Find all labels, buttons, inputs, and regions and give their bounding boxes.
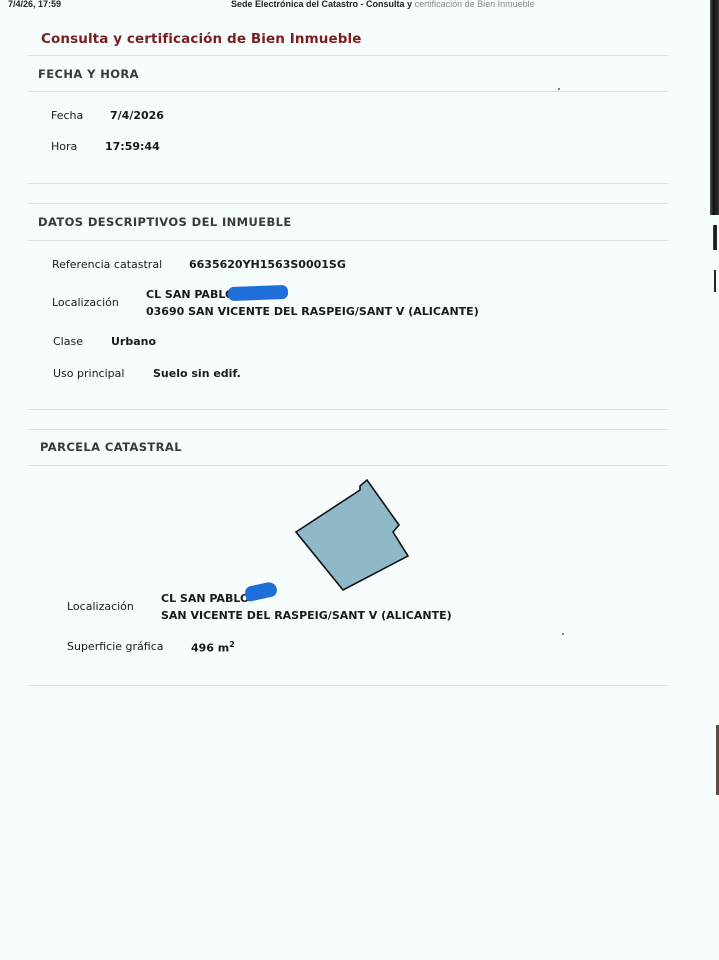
referencia-value: 6635620YH1563S0001SG [189,258,346,271]
superficie-number: 496 m [191,642,229,655]
redaction-mark [228,285,288,301]
scan-edge [713,225,717,250]
section-title-datos: DATOS DESCRIPTIVOS DEL INMUEBLE [38,215,292,229]
fecha-value: 7/4/2026 [110,109,164,122]
divider [28,240,668,241]
page-title: Consulta y certificación de Bien Inmuebl… [41,31,361,47]
divider [28,409,668,410]
divider [28,183,668,184]
clase-label: Clase [53,335,83,348]
redaction-mark [244,581,278,602]
divider [28,55,668,56]
print-page-title: Sede Electrónica del Catastro - Consulta… [231,0,535,9]
superficie-value: 496 m2 [191,640,235,655]
divider [28,465,668,466]
divider [28,203,668,204]
uso-label: Uso principal [53,367,124,380]
print-header: 7/4/26, 17:59 Sede Electrónica del Catas… [0,0,719,14]
parcela-localizacion-label: Localización [67,600,134,613]
hora-value: 17:59:44 [105,140,160,153]
scan-edge [710,0,719,215]
scan-edge [714,270,716,292]
section-title-parcela: PARCELA CATASTRAL [40,440,182,454]
localizacion-line2: 03690 SAN VICENTE DEL RASPEIG/SANT V (AL… [146,305,479,318]
scan-speck [558,88,560,90]
parcela-localizacion-line2: SAN VICENTE DEL RASPEIG/SANT V (ALICANTE… [161,609,452,622]
hora-label: Hora [51,140,77,153]
print-datetime: 7/4/26, 17:59 [8,0,61,9]
divider [28,91,668,92]
parcel-shape [290,476,410,596]
referencia-label: Referencia catastral [52,258,162,271]
divider [28,685,668,686]
localizacion-label: Localización [52,296,119,309]
parcela-localizacion-line1: CL SAN PABLO [161,592,249,605]
superficie-label: Superficie gráfica [67,640,164,653]
localizacion-line1: CL SAN PABLO [146,288,234,301]
fecha-label: Fecha [51,109,83,122]
scan-speck [562,633,564,635]
clase-value: Urbano [111,335,156,348]
print-title-faded: certificación de Bien Inmueble [412,0,535,9]
print-title-bold: Sede Electrónica del Catastro - Consulta… [231,0,412,9]
divider [28,429,668,430]
uso-value: Suelo sin edif. [153,367,241,380]
superficie-unit-exponent: 2 [229,640,235,649]
section-title-fecha-hora: FECHA Y HORA [38,67,139,81]
